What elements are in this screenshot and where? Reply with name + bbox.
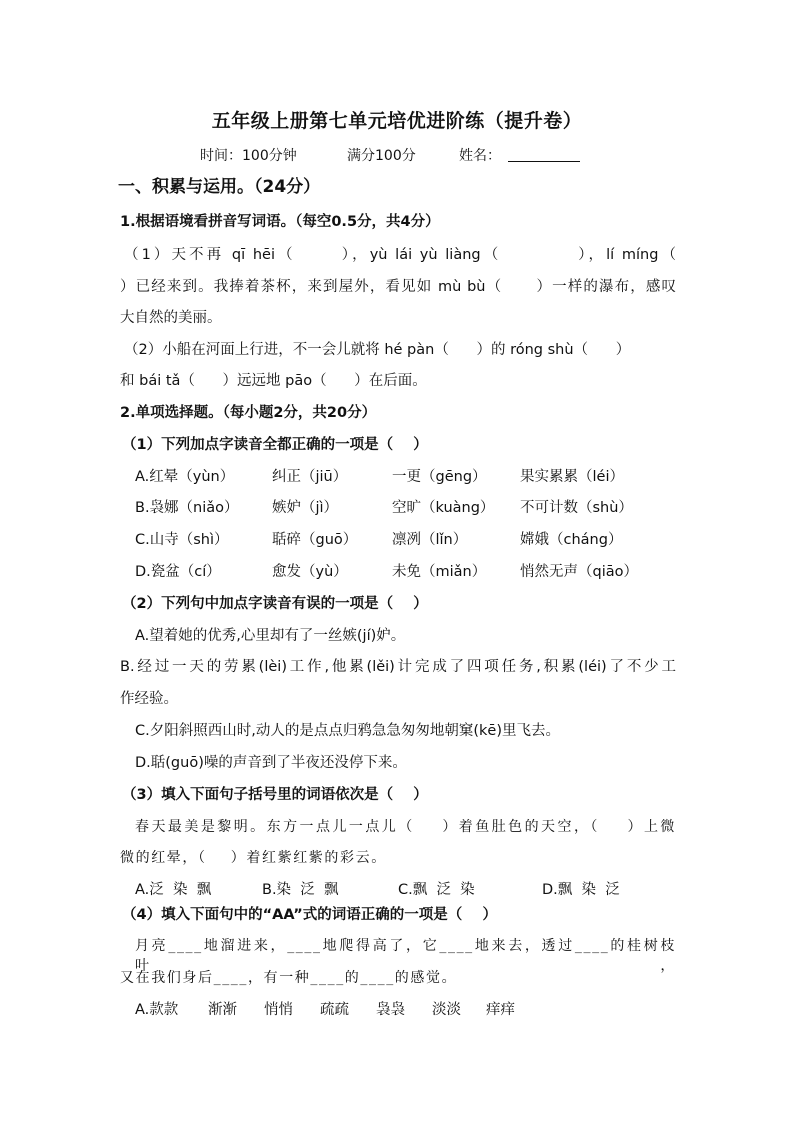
q2-sub2-option-b: B.经过一天的劳累(lèi)工作,他累(lěi)计完成了四项任务,积累(léi)… — [120, 657, 676, 677]
q2-sub2-option-b-cont: 作经验。 — [120, 689, 676, 709]
name-label: 姓名： — [459, 145, 501, 165]
q2-sub4-option-word: 痒痒 — [486, 1000, 515, 1020]
option-d-2: 愈发（yù） — [272, 562, 348, 582]
q2-sub3-option-b: B.染 泛 飘 — [262, 880, 339, 900]
q1-line: 和 bái tǎ（ ）远远地 pāo（ ）在后面。 — [120, 371, 676, 391]
q1-line: 大自然的美丽。 — [120, 308, 676, 328]
option-b-2: 嫉妒（jì） — [272, 498, 338, 518]
option-b-3: 空旷（kuàng） — [392, 498, 494, 518]
option-d-3: 未免（miǎn） — [392, 562, 486, 582]
page-title: 五年级上册第七单元培优进阶练（提升卷） — [0, 106, 794, 133]
q2-sub3-question: （3）填入下面句子括号里的词语依次是（ ） — [122, 785, 678, 805]
q1-line: （1）天不再 qī hēi（ ），yù lái yù liàng（ ），lí m… — [124, 245, 676, 265]
q2-sub3-passage: 春天最美是黎明。东方一点儿一点儿（ ）着鱼肚色的天空，（ ）上微 — [135, 817, 676, 837]
option-d-1: D.瓷盆（cí） — [135, 562, 221, 582]
q2-sub2-option-d: D.聒(guō)噪的声音到了半夜还没停下来。 — [135, 753, 691, 773]
option-b-1: B.袅娜（niǎo） — [135, 498, 239, 518]
option-b-4: 不可计数（shù） — [520, 498, 633, 518]
option-c-4: 嫦娥（cháng） — [520, 530, 622, 550]
option-a-1: A.红晕（yùn） — [135, 467, 234, 487]
option-a-4: 果实累累（léi） — [520, 467, 624, 487]
option-d-4: 悄然无声（qiāo） — [520, 562, 638, 582]
option-c-3: 凛冽（lǐn） — [392, 530, 467, 550]
name-blank — [508, 161, 580, 162]
q2-sub4-option-word: 袅袅 — [376, 1000, 405, 1020]
q2-sub3-passage: 微的红晕，（ ）着红紫红紫的彩云。 — [120, 848, 676, 868]
q1-line: ）已经来到。我捧着茶杯，来到屋外，看见如 mù bù（ ）一样的瀑布，感叹 — [120, 277, 676, 297]
q2-sub2-option-c: C.夕阳斜照西山时,动人的是点点归鸦急急匆匆地朝窠(kē)里飞去。 — [135, 721, 691, 741]
q2-sub2-question: （2）下列句中加点字读音有误的一项是（ ） — [122, 594, 678, 614]
q2-sub1-question: （1）下列加点字读音全都正确的一项是（ ） — [122, 435, 678, 455]
time-limit: 时间：100分钟 — [200, 145, 297, 165]
q2-sub4-passage: 又在我们身后____，有一种____的____的感觉。 — [120, 968, 676, 988]
section-heading: 一、积累与运用。（24分） — [118, 172, 320, 197]
option-c-1: C.山寺（shì） — [135, 530, 229, 550]
q2-sub4-option-word: 悄悄 — [264, 1000, 293, 1020]
q2-sub3-option-a: A.泛 染 飘 — [135, 880, 211, 900]
full-score: 满分100分 — [347, 145, 416, 165]
option-a-2: 纠正（jiū） — [272, 467, 347, 487]
q2-sub3-option-d: D.飘 染 泛 — [542, 880, 620, 900]
q1-line: （2）小船在河面上行进，不一会儿就将 hé pàn（ ）的 róng shù（ … — [124, 340, 680, 360]
option-a-3: 一更（gēng） — [392, 467, 487, 487]
q2-sub4-option-word: A.款款 — [135, 1000, 178, 1020]
option-c-2: 聒碎（guō） — [272, 530, 357, 550]
question-1-heading: 1.根据语境看拼音写词语。（每空0.5分，共4分） — [120, 212, 676, 232]
q2-sub4-option-word: 渐渐 — [208, 1000, 237, 1020]
q2-sub4-option-word: 淡淡 — [432, 1000, 461, 1020]
q2-sub4-option-word: 疏疏 — [320, 1000, 349, 1020]
q2-sub3-option-c: C.飘 泛 染 — [398, 880, 475, 900]
q2-sub2-option-a: A.望着她的优秀,心里却有了一丝嫉(jí)妒。 — [135, 626, 691, 646]
question-2-heading: 2.单项选择题。（每小题2分，共20分） — [120, 403, 676, 423]
q2-sub4-question: （4）填入下面句中的“AA”式的词语正确的一项是（ ） — [122, 905, 678, 925]
